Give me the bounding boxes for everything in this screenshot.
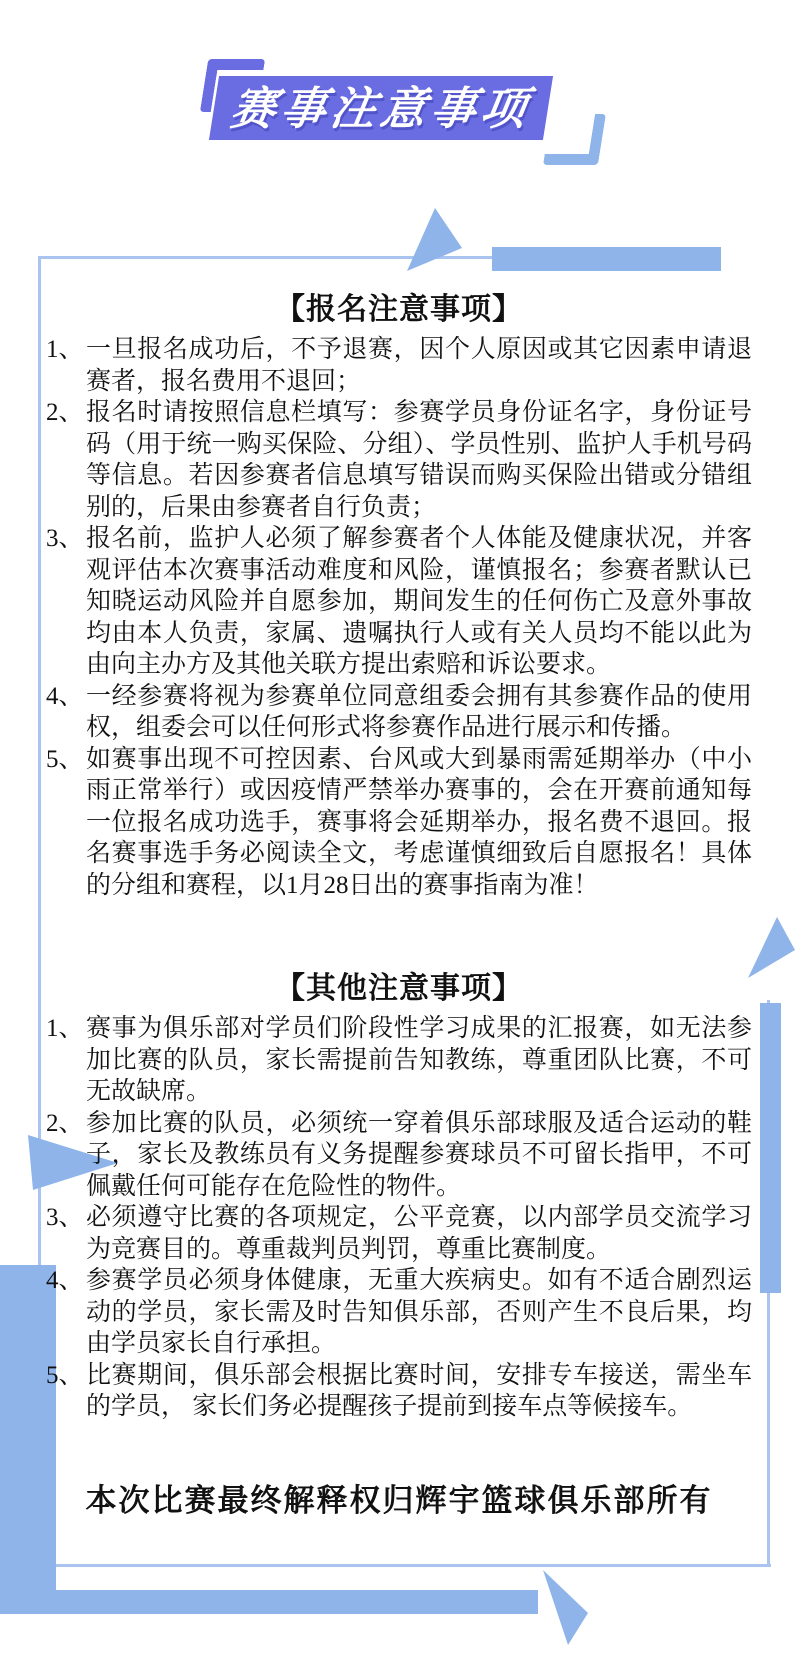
decor-triangle-right-icon: [746, 915, 798, 981]
list-item: 2、报名时请按照信息栏填写：参赛学员身份证名字，身份证号码（用于统一购买保险、分…: [46, 397, 752, 523]
list-item-number: 5、: [46, 744, 86, 776]
decor-triangle-top-icon: [405, 205, 465, 275]
list-item-text: 一旦报名成功后，不予退赛，因个人原因或其它因素申请退赛者，报名费用不退回；: [86, 334, 752, 397]
list-item-text: 如赛事出现不可控因素、台风或大到暴雨需延期举办（中小雨正常举行）或因疫情严禁举办…: [86, 744, 752, 902]
list-item-text: 参赛学员必须身体健康，无重大疾病史。如有不适合剧烈运动的学员，家长需及时告知俱乐…: [86, 1265, 752, 1360]
list-item: 5、比赛期间，俱乐部会根据比赛时间，安排专车接送，需坐车的学员， 家长们务必提醒…: [46, 1360, 752, 1423]
decor-triangle-bottom-icon: [538, 1568, 594, 1648]
list-item-text: 报名前，监护人必须了解参赛者个人体能及健康状况，并客观评估本次赛事活动难度和风险…: [86, 523, 752, 681]
frame-border-bottom: [38, 1564, 771, 1567]
list-item-text: 报名时请按照信息栏填写：参赛学员身份证名字，身份证号码（用于统一购买保险、分组）…: [86, 397, 752, 523]
list-item-number: 4、: [46, 1265, 86, 1297]
section-item-list: 1、一旦报名成功后，不予退赛，因个人原因或其它因素申请退赛者，报名费用不退回；2…: [46, 334, 752, 901]
list-item-number: 4、: [46, 681, 86, 713]
list-item-number: 3、: [46, 523, 86, 555]
list-item-text: 一经参赛将视为参赛单位同意组委会拥有其参赛作品的使用权，组委会可以任何形式将参赛…: [86, 681, 752, 744]
list-item-text: 赛事为俱乐部对学员们阶段性学习成果的汇报赛，如无法参加比赛的队员，家长需提前告知…: [86, 1013, 752, 1108]
list-item-text: 比赛期间，俱乐部会根据比赛时间，安排专车接送，需坐车的学员， 家长们务必提醒孩子…: [86, 1360, 752, 1423]
list-item-text: 参加比赛的队员，必须统一穿着俱乐部球服及适合运动的鞋子，家长及教练员有义务提醒参…: [86, 1108, 752, 1203]
list-item: 3、必须遵守比赛的各项规定，公平竞赛，以内部学员交流学习为竞赛目的。尊重裁判员判…: [46, 1202, 752, 1265]
list-item-number: 2、: [46, 1108, 86, 1140]
list-item-number: 3、: [46, 1202, 86, 1234]
section-heading: 【报名注意事项】: [46, 292, 752, 328]
final-interpretation-statement: 本次比赛最终解释权归辉宇篮球俱乐部所有: [46, 1475, 752, 1520]
decor-bar-top: [492, 247, 721, 271]
title-banner: 赛事注意事项: [209, 76, 553, 140]
list-item: 5、如赛事出现不可控因素、台风或大到暴雨需延期举办（中小雨正常举行）或因疫情严禁…: [46, 744, 752, 902]
notice-content: 【报名注意事项】 1、一旦报名成功后，不予退赛，因个人原因或其它因素申请退赛者，…: [46, 292, 752, 1520]
list-item-text: 必须遵守比赛的各项规定，公平竞赛，以内部学员交流学习为竞赛目的。尊重裁判员判罚，…: [86, 1202, 752, 1265]
decor-bar-bottom: [0, 1590, 538, 1614]
list-item: 3、报名前，监护人必须了解参赛者个人体能及健康状况，并客观评估本次赛事活动难度和…: [46, 523, 752, 681]
list-item-number: 5、: [46, 1360, 86, 1392]
list-item: 4、参赛学员必须身体健康，无重大疾病史。如有不适合剧烈运动的学员，家长需及时告知…: [46, 1265, 752, 1360]
list-item: 1、赛事为俱乐部对学员们阶段性学习成果的汇报赛，如无法参加比赛的队员，家长需提前…: [46, 1013, 752, 1108]
list-item-number: 1、: [46, 334, 86, 366]
section-item-list: 1、赛事为俱乐部对学员们阶段性学习成果的汇报赛，如无法参加比赛的队员，家长需提前…: [46, 1013, 752, 1423]
decor-bar-right: [760, 1003, 781, 1293]
section-registration-notes: 【报名注意事项】 1、一旦报名成功后，不予退赛，因个人原因或其它因素申请退赛者，…: [46, 292, 752, 901]
list-item-number: 2、: [46, 397, 86, 429]
list-item: 2、参加比赛的队员，必须统一穿着俱乐部球服及适合运动的鞋子，家长及教练员有义务提…: [46, 1108, 752, 1203]
section-other-notes: 【其他注意事项】 1、赛事为俱乐部对学员们阶段性学习成果的汇报赛，如无法参加比赛…: [46, 971, 752, 1423]
list-item: 4、一经参赛将视为参赛单位同意组委会拥有其参赛作品的使用权，组委会可以任何形式将…: [46, 681, 752, 744]
list-item: 1、一旦报名成功后，不予退赛，因个人原因或其它因素申请退赛者，报名费用不退回；: [46, 334, 752, 397]
list-item-number: 1、: [46, 1013, 86, 1045]
title-corner-bracket-icon: [543, 114, 606, 165]
page-title: 赛事注意事项: [227, 86, 534, 131]
section-heading: 【其他注意事项】: [46, 971, 752, 1007]
